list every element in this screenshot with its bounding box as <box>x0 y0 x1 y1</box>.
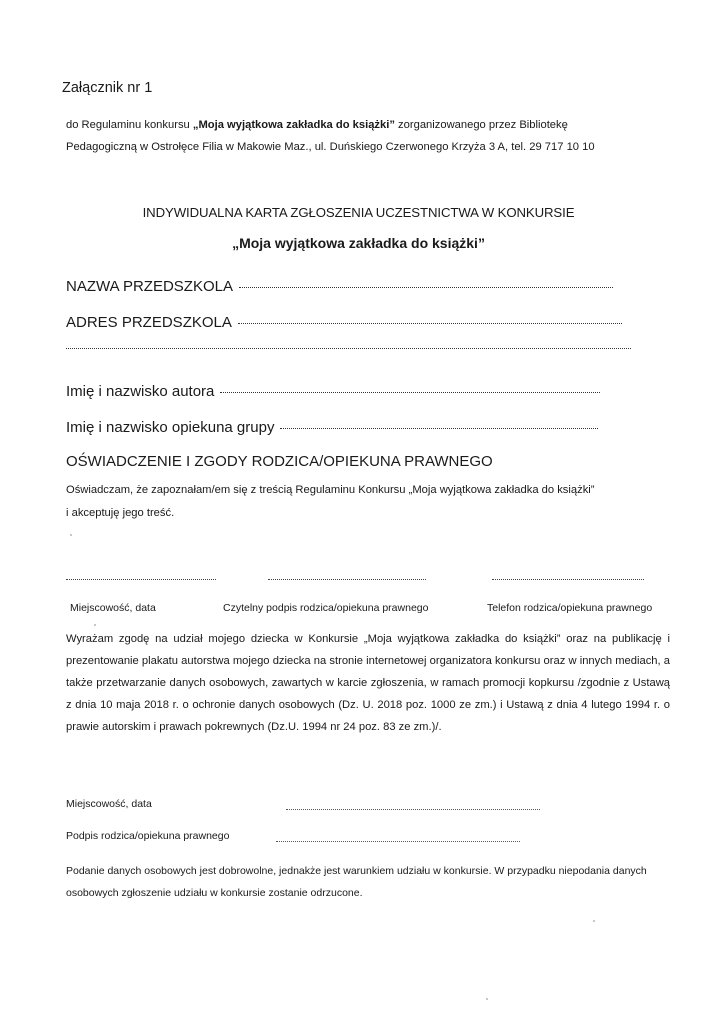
field-group-guardian-name[interactable]: Imię i nazwisko opiekuna grupy <box>66 419 598 436</box>
fill-line[interactable] <box>66 347 631 349</box>
statement-line-2: i akceptuję jego treść. <box>66 507 174 519</box>
signature-label-parent: Czytelny podpis rodzica/opiekuna prawneg… <box>223 602 428 614</box>
field-label: Imię i nazwisko opiekuna grupy <box>66 419 274 436</box>
signature-parent-line[interactable] <box>268 578 426 580</box>
field-label: Imię i nazwisko autora <box>66 383 214 400</box>
data-privacy-footnote: Podanie danych osobowych jest dobrowolne… <box>66 860 666 904</box>
statement-heading: OŚWIADCZENIE I ZGODY RODZICA/OPIEKUNA PR… <box>66 453 493 470</box>
bottom-label-parent-signature: Podpis rodzica/opiekuna prawnego <box>66 830 229 842</box>
intro-prefix: do Regulaminu konkursu <box>66 119 193 131</box>
field-preschool-name[interactable]: NAZWA PRZEDSZKOLA <box>66 278 613 295</box>
field-label: ADRES PRZEDSZKOLA <box>66 314 232 331</box>
fill-line[interactable] <box>280 427 598 429</box>
form-title: INDYWIDUALNA KARTA ZGŁOSZENIA UCZESTNICT… <box>0 205 717 220</box>
scan-speck <box>70 534 72 536</box>
intro-suffix: zorganizowanego przez Bibliotekę <box>395 119 568 131</box>
signature-label-place-date: Miejscowość, data <box>70 602 156 614</box>
field-label: NAZWA PRZEDSZKOLA <box>66 278 233 295</box>
statement-line-1: Oświadczam, że zapoznałam/em się z treśc… <box>66 484 595 496</box>
field-preschool-address[interactable]: ADRES PRZEDSZKOLA <box>66 314 622 331</box>
contest-name: „Moja wyjątkowa zakładka do książki” <box>193 119 395 131</box>
form-subtitle: „Moja wyjątkowa zakładka do książki” <box>0 235 717 251</box>
consent-paragraph: Wyrażam zgodę na udział mojego dziecka w… <box>66 628 670 738</box>
scan-speck <box>94 624 96 626</box>
field-author-name[interactable]: Imię i nazwisko autora <box>66 383 600 400</box>
field-address-continued[interactable] <box>66 350 631 352</box>
bottom-label-place-date: Miejscowość, data <box>66 798 152 810</box>
fill-line[interactable] <box>239 286 613 288</box>
scan-speck <box>593 920 595 922</box>
annex-title: Załącznik nr 1 <box>62 80 152 96</box>
signature-place-date-line[interactable] <box>66 578 216 580</box>
signature-phone-line[interactable] <box>492 578 644 580</box>
scan-speck <box>486 998 488 1000</box>
fill-line[interactable] <box>238 322 622 324</box>
fill-line[interactable] <box>220 391 600 393</box>
bottom-parent-signature-line[interactable] <box>276 840 520 842</box>
intro-line-2: Pedagogiczną w Ostrołęce Filia w Makowie… <box>66 141 595 153</box>
intro-line-1: do Regulaminu konkursu „Moja wyjątkowa z… <box>66 119 568 131</box>
signature-label-phone: Telefon rodzica/opiekuna prawnego <box>487 602 652 614</box>
bottom-place-date-line[interactable] <box>286 808 540 810</box>
